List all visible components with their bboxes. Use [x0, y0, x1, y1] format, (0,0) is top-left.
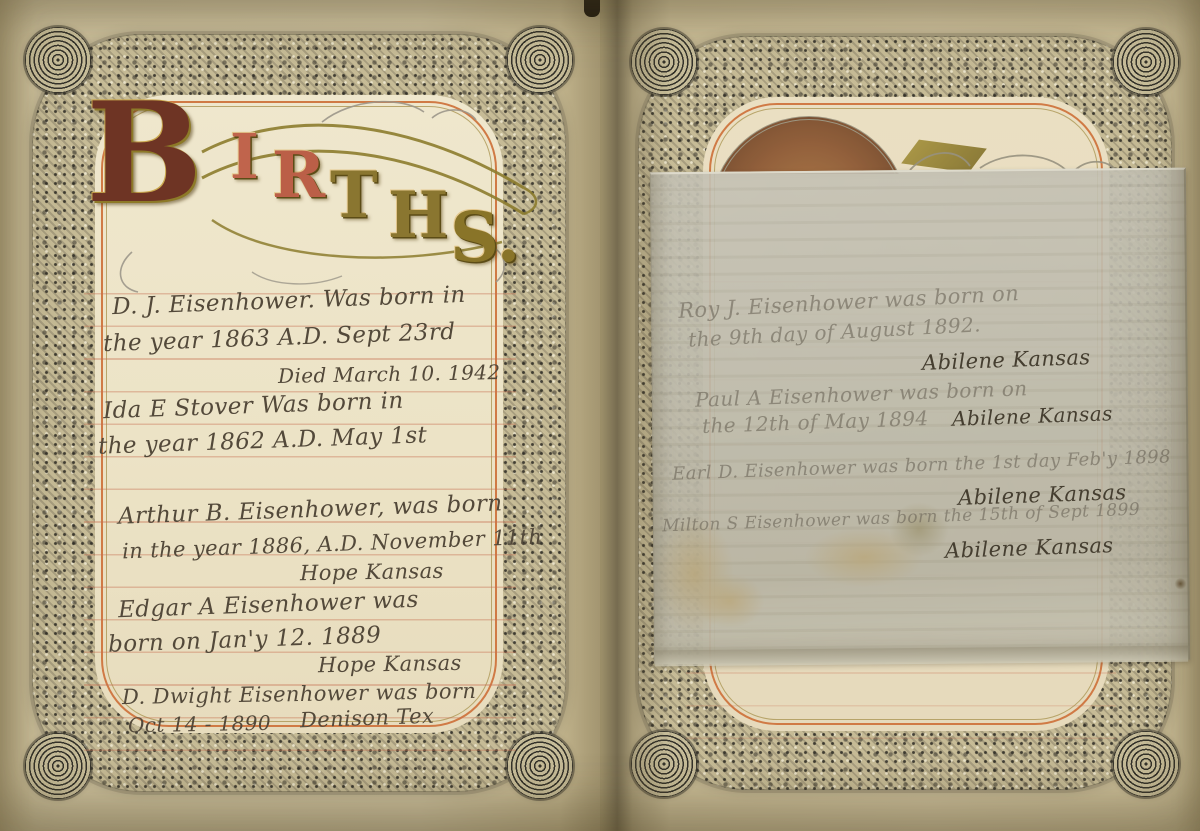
title-letter-t: T — [330, 164, 378, 228]
binding-notch — [584, 0, 600, 17]
entry-line: Oct 14 - 1890 — [128, 711, 271, 737]
right-page: Roy J. Eisenhower was born on the 9th da… — [600, 0, 1200, 831]
stain — [1174, 578, 1186, 590]
corner-rosette-icon — [25, 27, 91, 93]
corner-rosette-icon — [507, 733, 573, 799]
corner-rosette-icon — [1113, 29, 1179, 95]
title-letter-r: R — [272, 144, 325, 208]
births-title: B I R T H S. — [72, 92, 542, 297]
stain — [694, 573, 764, 629]
corner-rosette-icon — [25, 733, 91, 799]
medallion-arc-icon — [710, 116, 908, 174]
title-letter-h: H — [388, 184, 448, 248]
entry-annotation: Hope Kansas — [300, 559, 444, 586]
corner-rosette-icon — [507, 27, 573, 93]
title-letter-b: B — [86, 84, 203, 222]
corner-rosette-icon — [631, 29, 697, 95]
title-letter-s: S. — [450, 204, 520, 272]
title-letter-i: I — [230, 126, 259, 188]
left-page: B I R T H S. D. J. Eisenhower. Was born … — [0, 0, 600, 831]
entry-annotation: Died March 10. 1942 — [278, 360, 501, 388]
book-spread-photo: B I R T H S. D. J. Eisenhower. Was born … — [0, 0, 1200, 831]
entry-annotation: Hope Kansas — [318, 651, 462, 678]
entry-annotation: Denison Tex — [300, 704, 435, 733]
corner-rosette-icon — [1113, 731, 1179, 797]
